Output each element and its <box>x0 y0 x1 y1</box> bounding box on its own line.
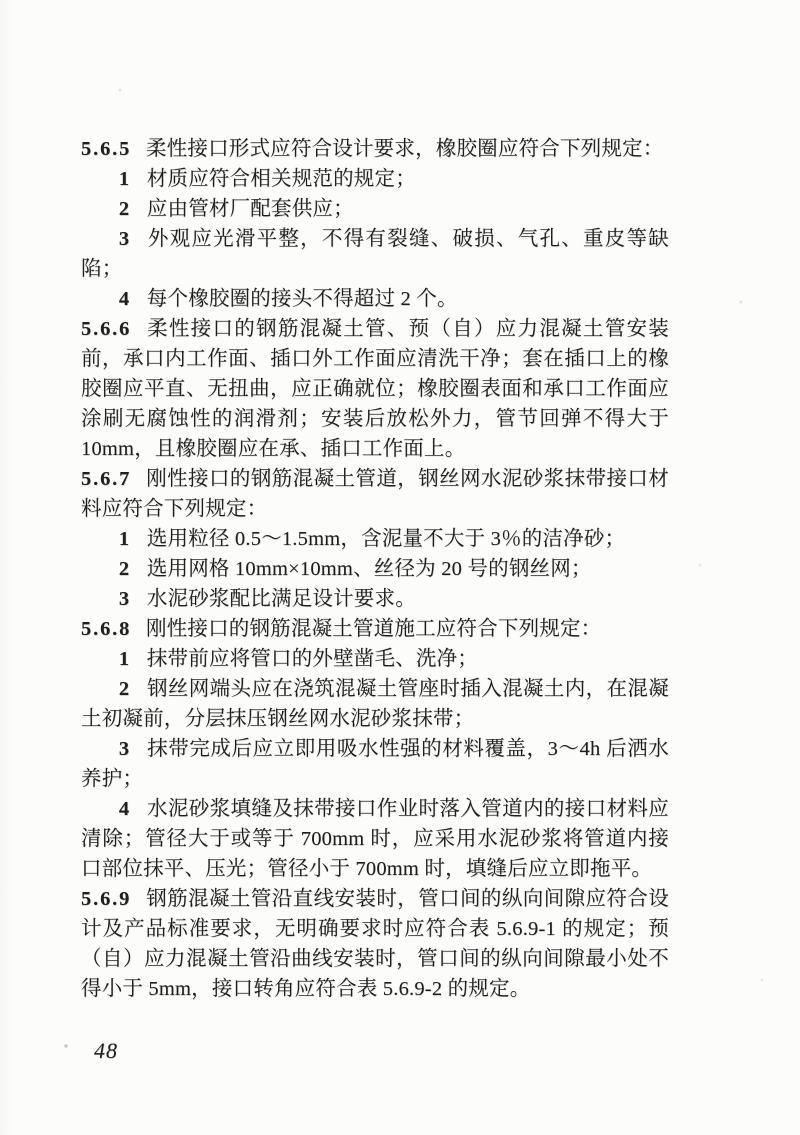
item-number: 3 <box>119 738 129 760</box>
clause-5-6-7-item-2: 2选用网格 10mm×10mm、丝径为 20 号的钢丝网； <box>81 554 669 584</box>
item-number: 2 <box>119 198 129 220</box>
clause-5-6-8: 5.6.8刚性接口的钢筋混凝土管道施工应符合下列规定： <box>81 614 669 644</box>
clause-text: 刚性接口的钢筋混凝土管道，钢丝网水泥砂浆抹带接口材料应符合下列规定： <box>81 468 669 520</box>
clause-number: 5.6.9 <box>81 888 131 910</box>
clause-number: 5.6.6 <box>81 318 131 340</box>
scanned-document-page: { "page": { "number": "48" }, "colors": … <box>0 0 800 1135</box>
item-number: 1 <box>119 648 129 670</box>
item-text: 外观应光滑平整，不得有裂缝、破损、气孔、重皮等缺陷； <box>81 228 669 280</box>
clause-5-6-7: 5.6.7刚性接口的钢筋混凝土管道，钢丝网水泥砂浆抹带接口材料应符合下列规定： <box>81 464 669 524</box>
item-text: 选用网格 10mm×10mm、丝径为 20 号的钢丝网； <box>147 558 592 580</box>
item-text: 水泥砂浆填缝及抹带接口作业时落入管道内的接口材料应清除；管径大于或等于 700m… <box>81 798 669 880</box>
clause-5-6-7-item-3: 3水泥砂浆配比满足设计要求。 <box>81 584 669 614</box>
clause-number: 5.6.7 <box>81 468 131 490</box>
clause-5-6-8-item-3: 3抹带完成后应立即用吸水性强的材料覆盖，3～4h 后洒水养护； <box>81 734 669 794</box>
page-number: 48 <box>94 1038 118 1064</box>
item-number: 2 <box>119 678 129 700</box>
clause-5-6-5-item-1: 1材质应符合相关规范的规定； <box>81 164 669 194</box>
clause-text: 钢筋混凝土管沿直线安装时，管口间的纵向间隙应符合设计及产品标准要求，无明确要求时… <box>81 888 669 1000</box>
clause-5-6-9: 5.6.9钢筋混凝土管沿直线安装时，管口间的纵向间隙应符合设计及产品标准要求，无… <box>81 884 669 1004</box>
item-text: 应由管材厂配套供应； <box>147 198 354 220</box>
clause-5-6-8-item-1: 1抹带前应将管口的外壁凿毛、洗净； <box>81 644 669 674</box>
item-text: 材质应符合相关规范的规定； <box>147 168 416 190</box>
clause-5-6-5: 5.6.5柔性接口形式应符合设计要求，橡胶圈应符合下列规定： <box>81 134 669 164</box>
item-number: 2 <box>119 558 129 580</box>
item-text: 每个橡胶圈的接头不得超过 2 个。 <box>147 288 458 310</box>
item-text: 选用粒径 0.5～1.5mm，含泥量不大于 3％的洁净砂； <box>147 528 625 550</box>
item-number: 1 <box>119 168 129 190</box>
clause-5-6-8-item-2: 2钢丝网端头应在浇筑混凝土管座时插入混凝土内，在混凝土初凝前，分层抹压钢丝网水泥… <box>81 674 669 734</box>
item-text: 抹带前应将管口的外壁凿毛、洗净； <box>147 648 478 670</box>
clause-number: 5.6.8 <box>81 618 131 640</box>
clause-number: 5.6.5 <box>81 138 131 160</box>
item-text: 水泥砂浆配比满足设计要求。 <box>147 588 416 610</box>
item-text: 钢丝网端头应在浇筑混凝土管座时插入混凝土内，在混凝土初凝前，分层抹压钢丝网水泥砂… <box>81 678 669 730</box>
document-body: 5.6.5柔性接口形式应符合设计要求，橡胶圈应符合下列规定： 1材质应符合相关规… <box>81 134 669 1004</box>
clause-5-6-6: 5.6.6柔性接口的钢筋混凝土管、预（自）应力混凝土管安装前，承口内工作面、插口… <box>81 314 669 464</box>
clause-5-6-5-item-4: 4每个橡胶圈的接头不得超过 2 个。 <box>81 284 669 314</box>
clause-text: 柔性接口的钢筋混凝土管、预（自）应力混凝土管安装前，承口内工作面、插口外工作面应… <box>81 318 669 460</box>
item-number: 3 <box>119 588 129 610</box>
item-text: 抹带完成后应立即用吸水性强的材料覆盖，3～4h 后洒水养护； <box>81 738 669 790</box>
clause-5-6-8-item-4: 4水泥砂浆填缝及抹带接口作业时落入管道内的接口材料应清除；管径大于或等于 700… <box>81 794 669 884</box>
clause-text: 柔性接口形式应符合设计要求，橡胶圈应符合下列规定： <box>146 138 664 160</box>
item-number: 4 <box>119 288 129 310</box>
item-number: 4 <box>119 798 129 820</box>
item-number: 1 <box>119 528 129 550</box>
clause-text: 刚性接口的钢筋混凝土管道施工应符合下列规定： <box>146 618 601 640</box>
clause-5-6-7-item-1: 1选用粒径 0.5～1.5mm，含泥量不大于 3％的洁净砂； <box>81 524 669 554</box>
clause-5-6-5-item-2: 2应由管材厂配套供应； <box>81 194 669 224</box>
item-number: 3 <box>119 228 129 250</box>
clause-5-6-5-item-3: 3外观应光滑平整，不得有裂缝、破损、气孔、重皮等缺陷； <box>81 224 669 284</box>
